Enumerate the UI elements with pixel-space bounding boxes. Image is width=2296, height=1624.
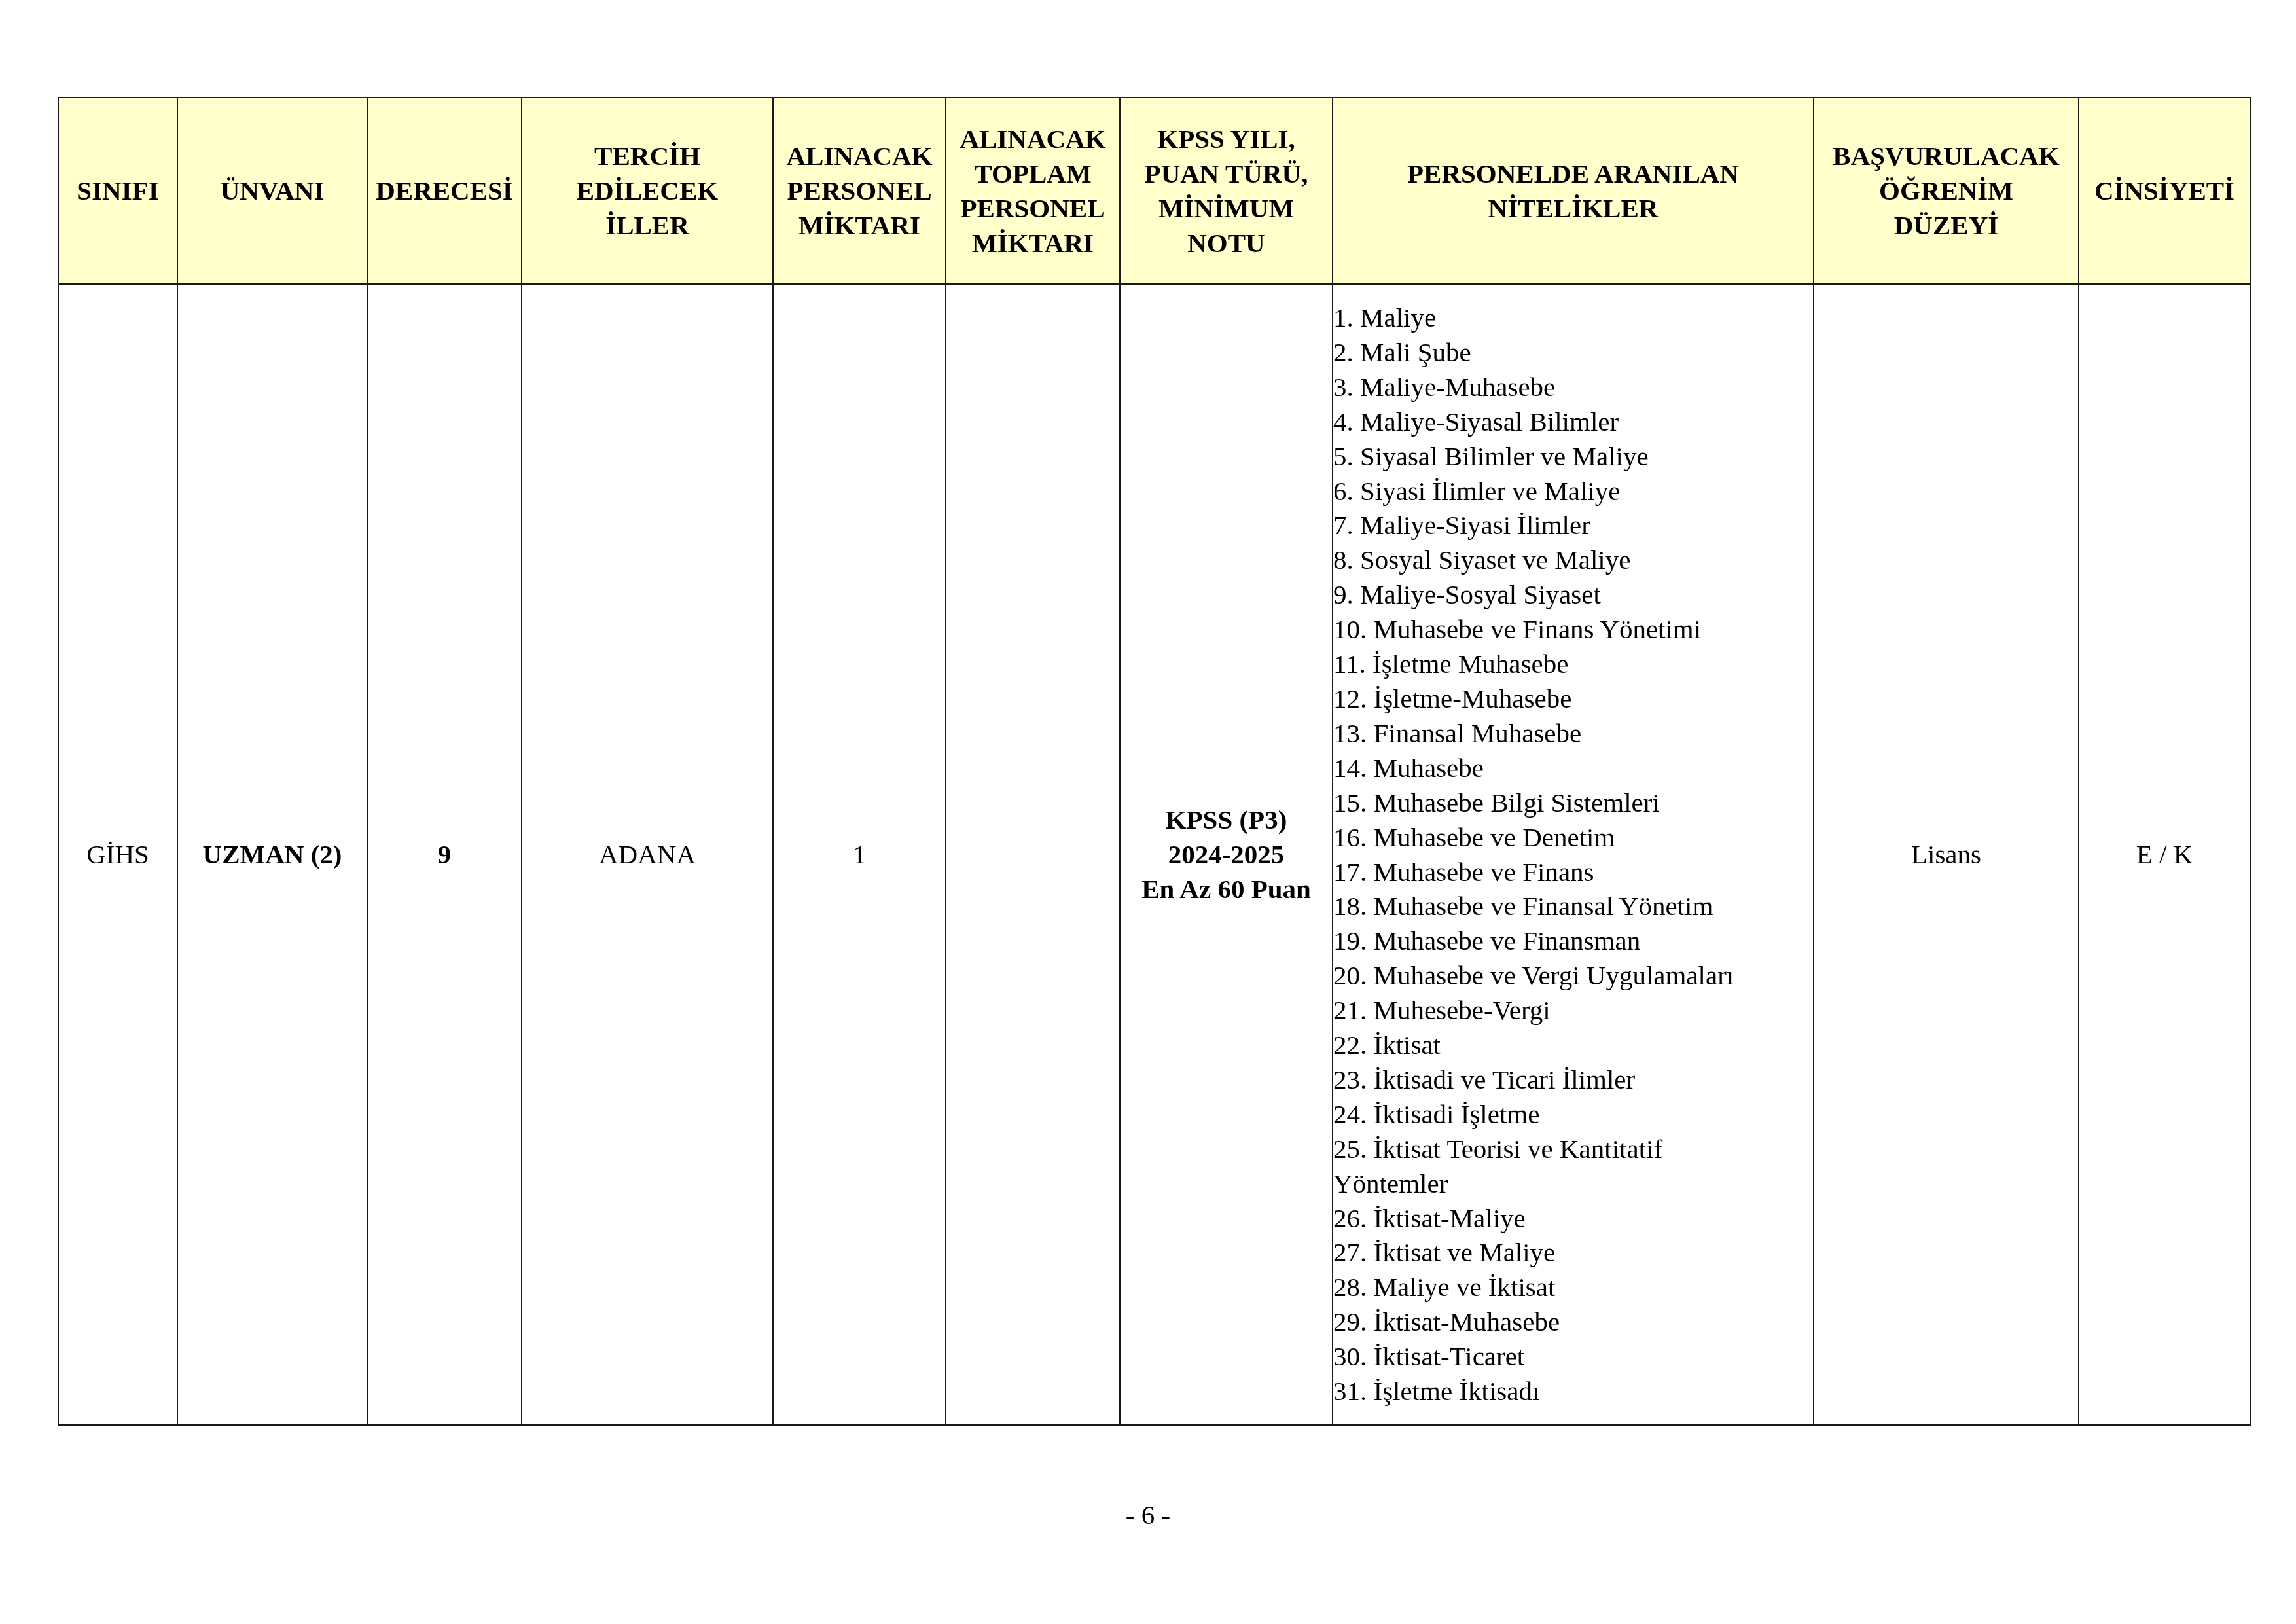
list-item: 12. İşletme-Muhasebe	[1333, 681, 1813, 716]
list-item: 8. Sosyal Siyaset ve Maliye	[1333, 543, 1813, 577]
list-item: 30. İktisat-Ticaret	[1333, 1339, 1813, 1374]
header-row: SINIFI ÜNVANI DERECESİ TERCİH EDİLECEK İ…	[58, 98, 2250, 284]
list-item: 7. Maliye-Siyasi İlimler	[1333, 508, 1813, 543]
header-kpss: KPSS YILI, PUAN TÜRÜ, MİNİMUM NOTU	[1120, 98, 1333, 284]
list-item: 25. İktisat Teorisi ve Kantitatif	[1333, 1132, 1813, 1166]
list-item: 19. Muhasebe ve Finansman	[1333, 924, 1813, 958]
list-item: 27. İktisat ve Maliye	[1333, 1235, 1813, 1270]
header-unvani: ÜNVANI	[177, 98, 367, 284]
header-sinifi: SINIFI	[58, 98, 177, 284]
list-item: 10. Muhasebe ve Finans Yönetimi	[1333, 612, 1813, 647]
header-line: NİTELİKLER	[1333, 191, 1813, 226]
list-item: 13. Finansal Muhasebe	[1333, 716, 1813, 751]
cell-sinifi: GİHS	[58, 284, 177, 1425]
cell-cinsiyeti: E / K	[2079, 284, 2250, 1425]
list-item: 17. Muhasebe ve Finans	[1333, 855, 1813, 890]
header-derecesi: DERECESİ	[367, 98, 522, 284]
table-row: GİHS UZMAN (2) 9 ADANA 1 KPSS (P3) 2024-…	[58, 284, 2250, 1425]
header-cinsiyeti: CİNSİYETİ	[2079, 98, 2250, 284]
header-alinacak-personel-miktari: ALINACAK PERSONEL MİKTARI	[773, 98, 946, 284]
list-item: 22. İktisat	[1333, 1028, 1813, 1062]
header-line: EDİLECEK	[522, 173, 772, 208]
list-item: 3. Maliye-Muhasebe	[1333, 370, 1813, 405]
cell-iller: ADANA	[522, 284, 773, 1425]
header-line: KPSS YILI,	[1121, 122, 1332, 156]
cell-ogrenim-duzeyi: Lisans	[1814, 284, 2079, 1425]
list-item: 2. Mali Şube	[1333, 335, 1813, 370]
cell-kpss: KPSS (P3) 2024-2025 En Az 60 Puan	[1120, 284, 1333, 1425]
list-item: 11. İşletme Muhasebe	[1333, 647, 1813, 681]
list-item: 18. Muhasebe ve Finansal Yönetim	[1333, 889, 1813, 924]
list-item: 4. Maliye-Siyasal Bilimler	[1333, 405, 1813, 439]
list-item: 31. İşletme İktisadı	[1333, 1374, 1813, 1409]
list-item: 28. Maliye ve İktisat	[1333, 1270, 1813, 1305]
header-line: MİKTARI	[774, 208, 945, 243]
list-item: 24. İktisadi İşletme	[1333, 1097, 1813, 1132]
list-item: 16. Muhasebe ve Denetim	[1333, 820, 1813, 855]
header-tercih-edilecek-iller: TERCİH EDİLECEK İLLER	[522, 98, 773, 284]
staff-recruitment-table: SINIFI ÜNVANI DERECESİ TERCİH EDİLECEK İ…	[58, 97, 2251, 1426]
header-line: ALINACAK	[774, 139, 945, 173]
list-item: 29. İktisat-Muhasebe	[1333, 1305, 1813, 1339]
kpss-line: 2024-2025	[1121, 837, 1332, 872]
header-line: NOTU	[1121, 226, 1332, 261]
header-personelde-aranilan-nitelikler: PERSONELDE ARANILAN NİTELİKLER	[1333, 98, 1814, 284]
cell-personel-miktari: 1	[773, 284, 946, 1425]
list-item: 15. Muhasebe Bilgi Sistemleri	[1333, 785, 1813, 820]
header-line: ÖĞRENİM	[1814, 173, 2078, 208]
header-line: TOPLAM	[946, 156, 1119, 191]
cell-unvani: UZMAN (2)	[177, 284, 367, 1425]
header-line: DÜZEYİ	[1814, 208, 2078, 243]
cell-nitelikler: 1. Maliye2. Mali Şube3. Maliye-Muhasebe4…	[1333, 284, 1814, 1425]
list-item: Yöntemler	[1333, 1166, 1813, 1201]
header-line: PERSONELDE ARANILAN	[1333, 156, 1813, 191]
header-line: PUAN TÜRÜ,	[1121, 156, 1332, 191]
header-basvurulacak-ogrenim-duzeyi: BAŞVURULACAK ÖĞRENİM DÜZEYİ	[1814, 98, 2079, 284]
header-line: TERCİH	[522, 139, 772, 173]
header-line: MİNİMUM	[1121, 191, 1332, 226]
page-number: - 6 -	[0, 1499, 2296, 1530]
cell-derecesi: 9	[367, 284, 522, 1425]
cell-toplam-personel-miktari	[946, 284, 1120, 1425]
kpss-line: KPSS (P3)	[1121, 803, 1332, 837]
header-line: İLLER	[522, 208, 772, 243]
list-item: 1. Maliye	[1333, 300, 1813, 335]
kpss-line: En Az 60 Puan	[1121, 872, 1332, 907]
list-item: 23. İktisadi ve Ticari İlimler	[1333, 1062, 1813, 1097]
list-item: 26. İktisat-Maliye	[1333, 1201, 1813, 1236]
header-alinacak-toplam-personel-miktari: ALINACAK TOPLAM PERSONEL MİKTARI	[946, 98, 1120, 284]
qualifications-list: 1. Maliye2. Mali Şube3. Maliye-Muhasebe4…	[1333, 300, 1813, 1409]
list-item: 20. Muhasebe ve Vergi Uygulamaları	[1333, 958, 1813, 993]
list-item: 6. Siyasi İlimler ve Maliye	[1333, 474, 1813, 509]
header-line: MİKTARI	[946, 226, 1119, 261]
header-line: PERSONEL	[946, 191, 1119, 226]
header-line: BAŞVURULACAK	[1814, 139, 2078, 173]
list-item: 5. Siyasal Bilimler ve Maliye	[1333, 439, 1813, 474]
list-item: 14. Muhasebe	[1333, 751, 1813, 785]
list-item: 21. Muhesebe-Vergi	[1333, 993, 1813, 1028]
list-item: 9. Maliye-Sosyal Siyaset	[1333, 577, 1813, 612]
header-line: ALINACAK	[946, 122, 1119, 156]
header-line: PERSONEL	[774, 173, 945, 208]
